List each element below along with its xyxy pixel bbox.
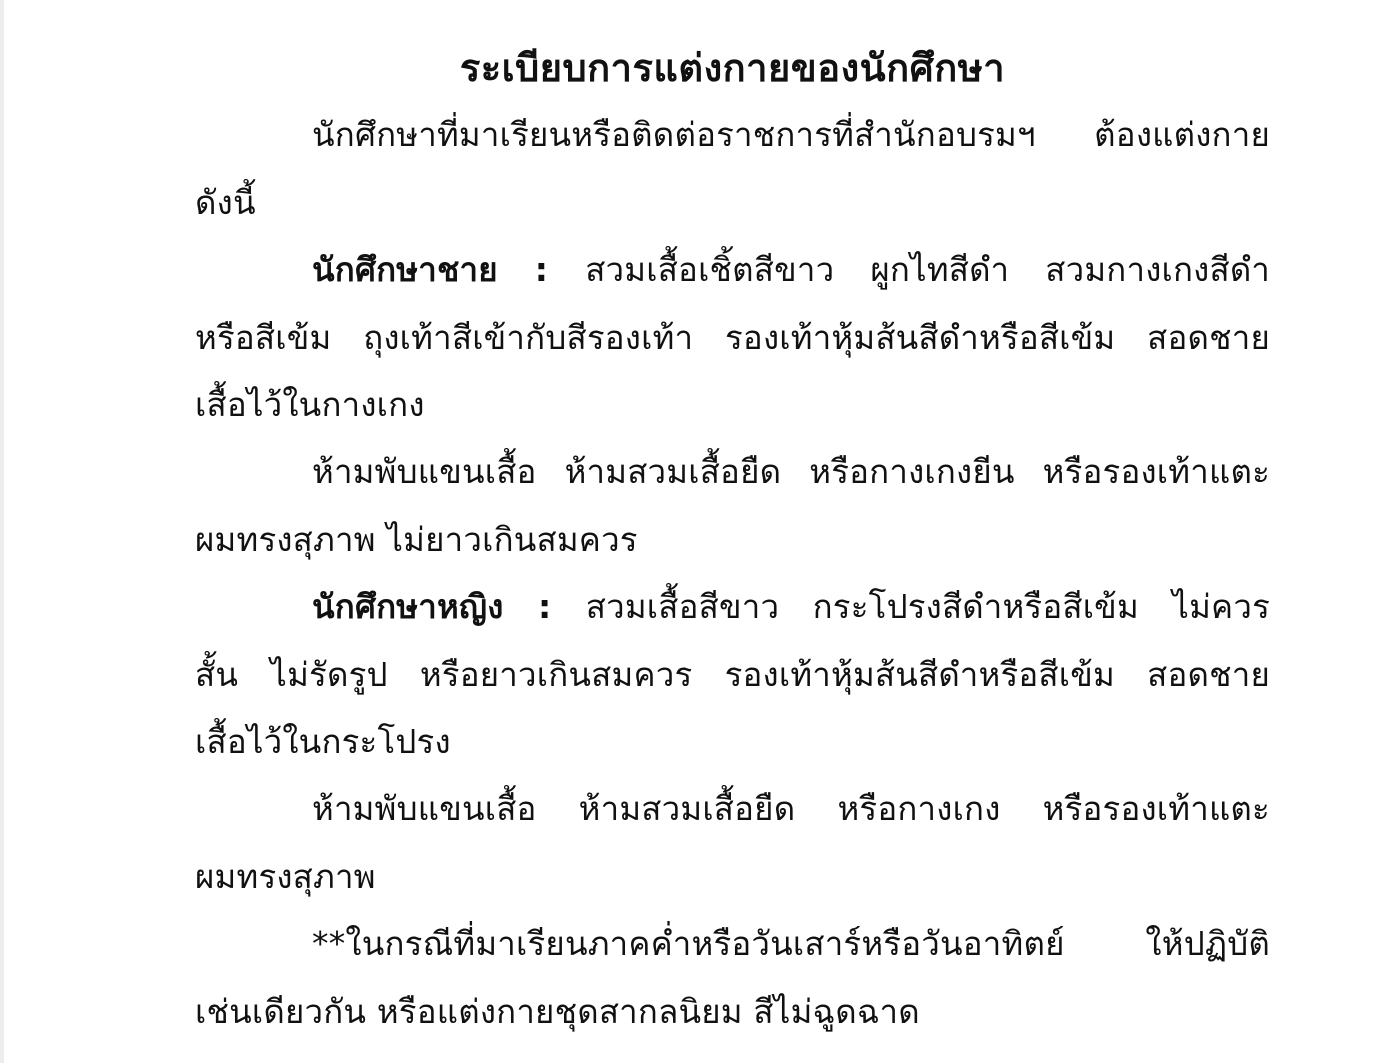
male-separator: : [498, 250, 585, 289]
female-line-1: นักศึกษาหญิง : สวมเสื้อสีขาว กระโปรงสีดำ… [312, 582, 1270, 632]
female-line-1-text: สวมเสื้อสีขาว กระโปรงสีดำหรือสีเข้ม ไม่ค… [586, 587, 1270, 626]
male-line-3: เสื้อไว้ในกางเกง [195, 380, 1270, 430]
female-label: นักศึกษาหญิง [312, 587, 504, 626]
female-prohibit-line-2: ผมทรงสุภาพ [195, 852, 1270, 902]
page-left-edge [0, 0, 4, 1063]
note-line-1: **ในกรณีที่มาเรียนภาคค่ำหรือวันเสาร์หรือ… [312, 919, 1270, 969]
intro-line-2: ดังนี้ [195, 178, 1270, 228]
female-separator: : [504, 587, 586, 626]
male-label: นักศึกษาชาย [312, 250, 498, 289]
document-title: ระเบียบการแต่งกายของนักศึกษา [195, 38, 1270, 98]
male-prohibit-line-1: ห้ามพับแขนเสื้อ ห้ามสวมเสื้อยืด หรือกางเ… [312, 447, 1270, 497]
intro-line-1: นักศึกษาที่มาเรียนหรือติดต่อราชการที่สำน… [312, 110, 1270, 160]
female-line-3: เสื้อไว้ในกระโปรง [195, 717, 1270, 767]
male-line-1: นักศึกษาชาย : สวมเสื้อเชิ้ตสีขาว ผูกไทสี… [312, 245, 1270, 295]
female-prohibit-line-1: ห้ามพับแขนเสื้อ ห้ามสวมเสื้อยืด หรือกางเ… [312, 784, 1270, 834]
male-line-1-text: สวมเสื้อเชิ้ตสีขาว ผูกไทสีดำ สวมกางเกงสี… [585, 250, 1270, 289]
female-line-2: สั้น ไม่รัดรูป หรือยาวเกินสมควร รองเท้าห… [195, 650, 1270, 700]
note-line-2: เช่นเดียวกัน หรือแต่งกายชุดสากลนิยม สีไม… [195, 987, 1270, 1037]
male-prohibit-line-2: ผมทรงสุภาพ ไม่ยาวเกินสมควร [195, 515, 1270, 565]
male-line-2: หรือสีเข้ม ถุงเท้าสีเข้ากับสีรองเท้า รอง… [195, 313, 1270, 363]
